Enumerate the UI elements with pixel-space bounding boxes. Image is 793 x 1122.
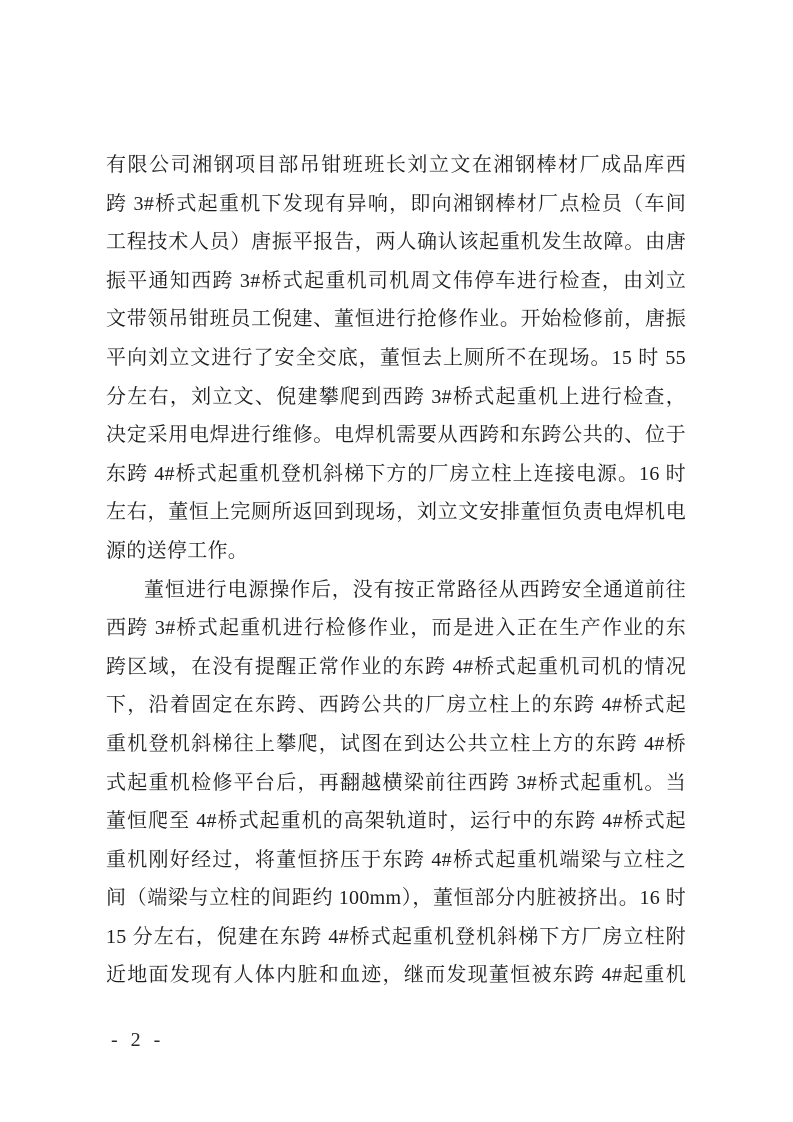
text-line: 近地面发现有人体内脏和血迹，继而发现董恒被东跨 4#起重机: [106, 956, 686, 995]
text-line: 董恒爬至 4#桥式起重机的高架轨道时，运行中的东跨 4#桥式起: [106, 802, 686, 841]
document-page: 有限公司湘钢项目部吊钳班班长刘立文在湘钢棒材厂成品库西 跨 3#桥式起重机下发现…: [0, 0, 793, 1122]
text-line: 重机刚好经过，将董恒挤压于东跨 4#桥式起重机端梁与立柱之: [106, 841, 686, 880]
text-line: 15 分左右，倪建在东跨 4#桥式起重机登机斜梯下方厂房立柱附: [106, 918, 686, 957]
text-line-paragraph-start: 董恒进行电源操作后，没有按正常路径从西跨安全通道前往: [106, 571, 686, 610]
text-line: 下，沿着固定在东跨、西跨公共的厂房立柱上的东跨 4#桥式起: [106, 686, 686, 725]
text-line: 跨 3#桥式起重机下发现有异响，即向湘钢棒材厂点检员（车间: [106, 185, 686, 224]
text-line: 文带领吊钳班员工倪建、董恒进行抢修作业。开始检修前，唐振: [106, 300, 686, 339]
body-text-block: 有限公司湘钢项目部吊钳班班长刘立文在湘钢棒材厂成品库西 跨 3#桥式起重机下发现…: [106, 146, 686, 995]
text-line: 有限公司湘钢项目部吊钳班班长刘立文在湘钢棒材厂成品库西: [106, 146, 686, 185]
text-line: 西跨 3#桥式起重机进行检修作业，而是进入正在生产作业的东: [106, 609, 686, 648]
text-line: 分左右，刘立文、倪建攀爬到西跨 3#桥式起重机上进行检查，: [106, 378, 686, 417]
text-line-paragraph-end: 源的送停工作。: [106, 532, 686, 571]
text-line: 式起重机检修平台后，再翻越横梁前往西跨 3#桥式起重机。当: [106, 764, 686, 803]
text-line: 振平通知西跨 3#桥式起重机司机周文伟停车进行检查，由刘立: [106, 262, 686, 301]
page-number: - 2 -: [111, 1028, 164, 1052]
text-line: 重机登机斜梯往上攀爬，试图在到达公共立柱上方的东跨 4#桥: [106, 725, 686, 764]
text-line: 决定采用电焊进行维修。电焊机需要从西跨和东跨公共的、位于: [106, 416, 686, 455]
text-line: 跨区域，在没有提醒正常作业的东跨 4#桥式起重机司机的情况: [106, 648, 686, 687]
text-line: 平向刘立文进行了安全交底，董恒去上厕所不在现场。15 时 55: [106, 339, 686, 378]
text-line: 左右，董恒上完厕所返回到现场，刘立文安排董恒负责电焊机电: [106, 493, 686, 532]
text-line: 工程技术人员）唐振平报告，两人确认该起重机发生故障。由唐: [106, 223, 686, 262]
text-line: 东跨 4#桥式起重机登机斜梯下方的厂房立柱上连接电源。16 时: [106, 455, 686, 494]
text-line: 间（端梁与立柱的间距约 100mm），董恒部分内脏被挤出。16 时: [106, 879, 686, 918]
